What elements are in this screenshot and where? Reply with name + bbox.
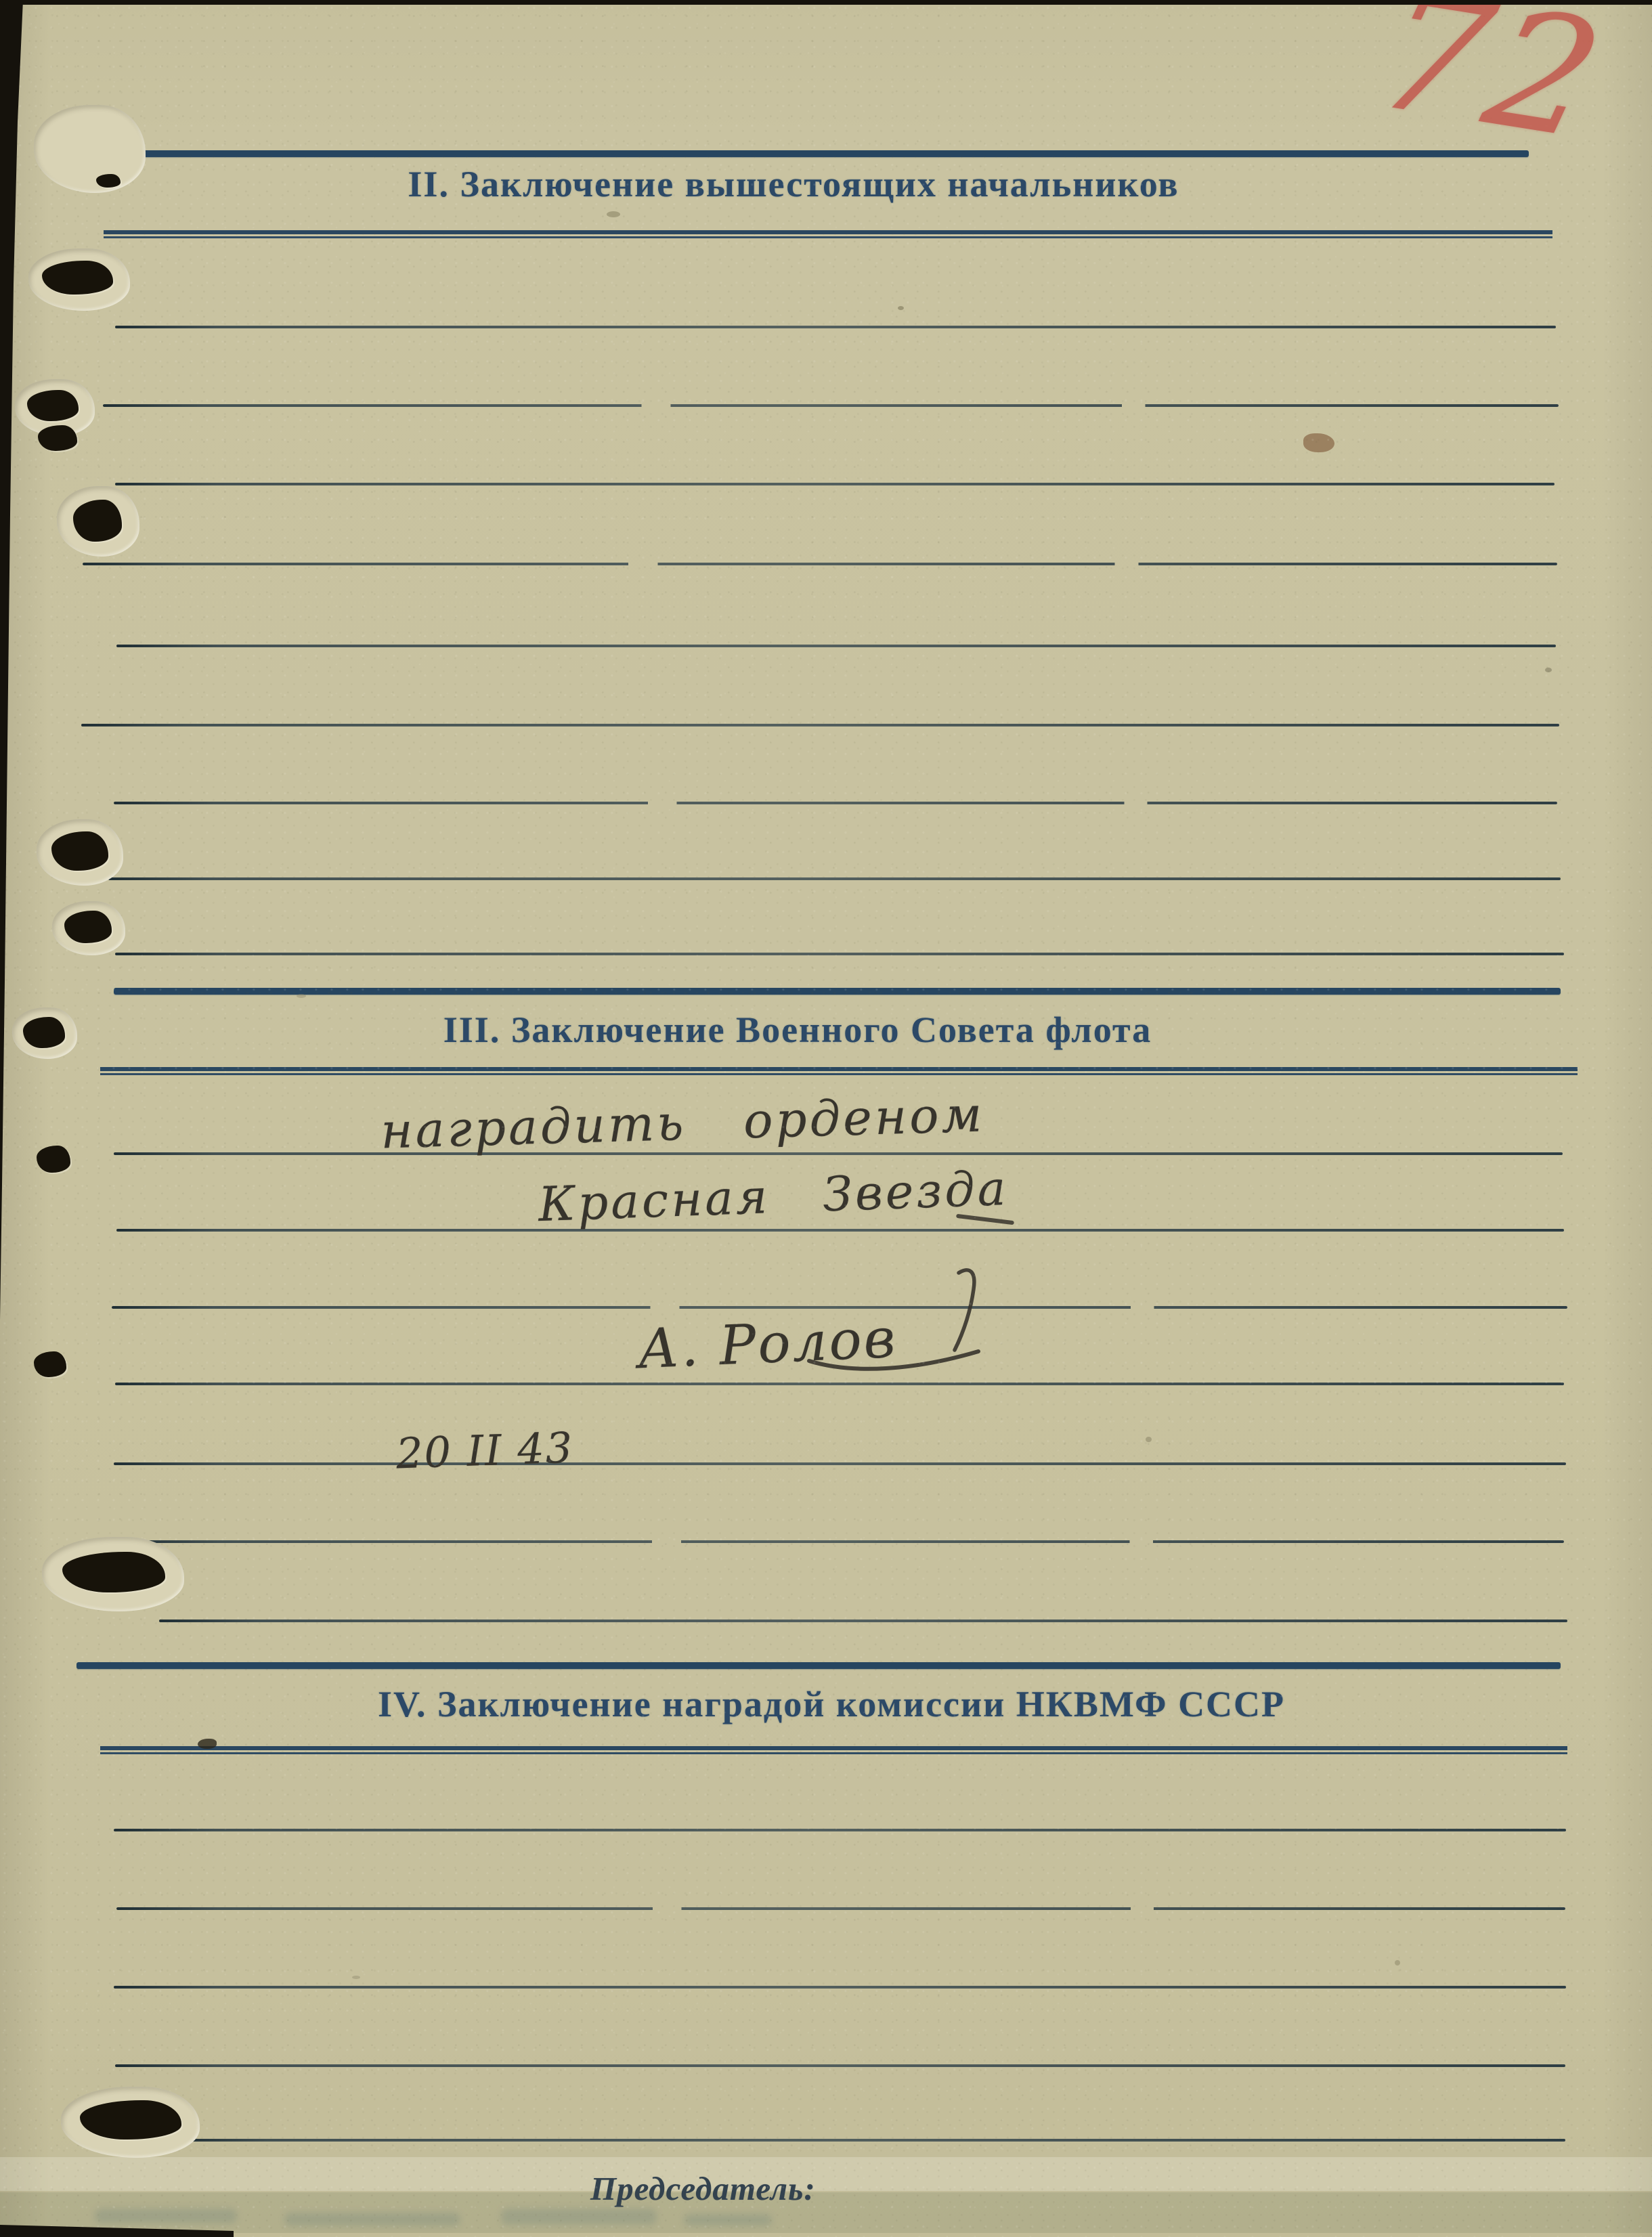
section4-bottom-rule [100, 1746, 1567, 1755]
section3-heading: III. Заключение Военного Совета флота [0, 1010, 1624, 1050]
punch-hole-core [34, 1351, 66, 1377]
section4-top-rule [77, 1662, 1561, 1669]
ruled-line [115, 483, 1555, 485]
paper-speck [607, 211, 620, 217]
ruled-line [114, 1829, 1566, 1831]
section3-top-rule [114, 988, 1561, 995]
section2-top-rule [108, 150, 1529, 157]
punch-hole-core [64, 911, 112, 943]
scan-shadow-band [0, 2192, 1652, 2233]
paper-tear-speck [198, 1739, 217, 1749]
handwritten-page-number: 72 [1364, 0, 1622, 162]
ruled-line [83, 563, 1557, 565]
handwriting-date: 20 II 43 [395, 1422, 575, 1478]
ruled-line [115, 2064, 1565, 2067]
scanner-edge-top [0, 0, 1652, 5]
paper-speck [898, 306, 904, 310]
handwriting-resolution-line1: наградить орденом [380, 1086, 985, 1160]
punch-hole-core [80, 2100, 181, 2140]
ruled-line [114, 1986, 1566, 1989]
ruled-line [116, 1229, 1564, 1232]
ruled-line [81, 724, 1559, 726]
section3-bottom-rule [100, 1067, 1578, 1076]
ruled-line [114, 1462, 1566, 1465]
punch-hole-core [37, 1146, 70, 1173]
paper-speck [352, 1976, 360, 1979]
ruled-line [108, 877, 1561, 880]
paper-speck [1545, 668, 1552, 672]
punch-hole-core [62, 1552, 165, 1592]
paper-speck [1146, 1437, 1152, 1442]
bleed-through-mark [284, 2213, 460, 2226]
ruled-line [115, 326, 1556, 328]
scan-light-band [0, 2157, 1652, 2191]
bleed-through-mark [501, 2209, 657, 2225]
punch-hole-core [27, 390, 79, 421]
punch-hole-core [42, 261, 113, 295]
ruled-line [116, 1907, 1565, 1910]
paper-speck [297, 994, 306, 998]
punch-hole-core [38, 425, 77, 451]
punch-hole-core [23, 1017, 65, 1048]
scanned-document-page: 72 II. Заключение вышестоящих начальнико… [0, 0, 1652, 2237]
punch-hole-halo [34, 105, 146, 193]
ruled-line [115, 953, 1564, 955]
bleed-through-mark [684, 2214, 772, 2226]
punch-hole-core [51, 831, 108, 871]
chairman-label: Председатель: [590, 2169, 816, 2208]
handwriting-resolution-line2: Красная Звезда [538, 1160, 1009, 1232]
ruled-line [171, 2139, 1565, 2142]
section4-heading: IV. Заключение наградой комиссии НКВМФ С… [5, 1685, 1652, 1724]
ruled-line [114, 1152, 1563, 1155]
ruled-line [103, 404, 1559, 407]
section2-heading: II. Заключение вышестоящих начальников [0, 165, 1620, 204]
ruled-line [159, 1620, 1567, 1622]
punch-hole-core [73, 500, 122, 542]
ruled-line [116, 645, 1556, 647]
section2-bottom-rule [104, 230, 1552, 239]
ruled-line [114, 802, 1557, 804]
signature-flourish [799, 1261, 1022, 1396]
punch-hole-core [96, 174, 121, 188]
paper-speck [1395, 1960, 1400, 1965]
paper-smudge [1303, 433, 1334, 452]
bleed-through-mark [95, 2209, 237, 2223]
ruled-line [116, 1540, 1564, 1543]
